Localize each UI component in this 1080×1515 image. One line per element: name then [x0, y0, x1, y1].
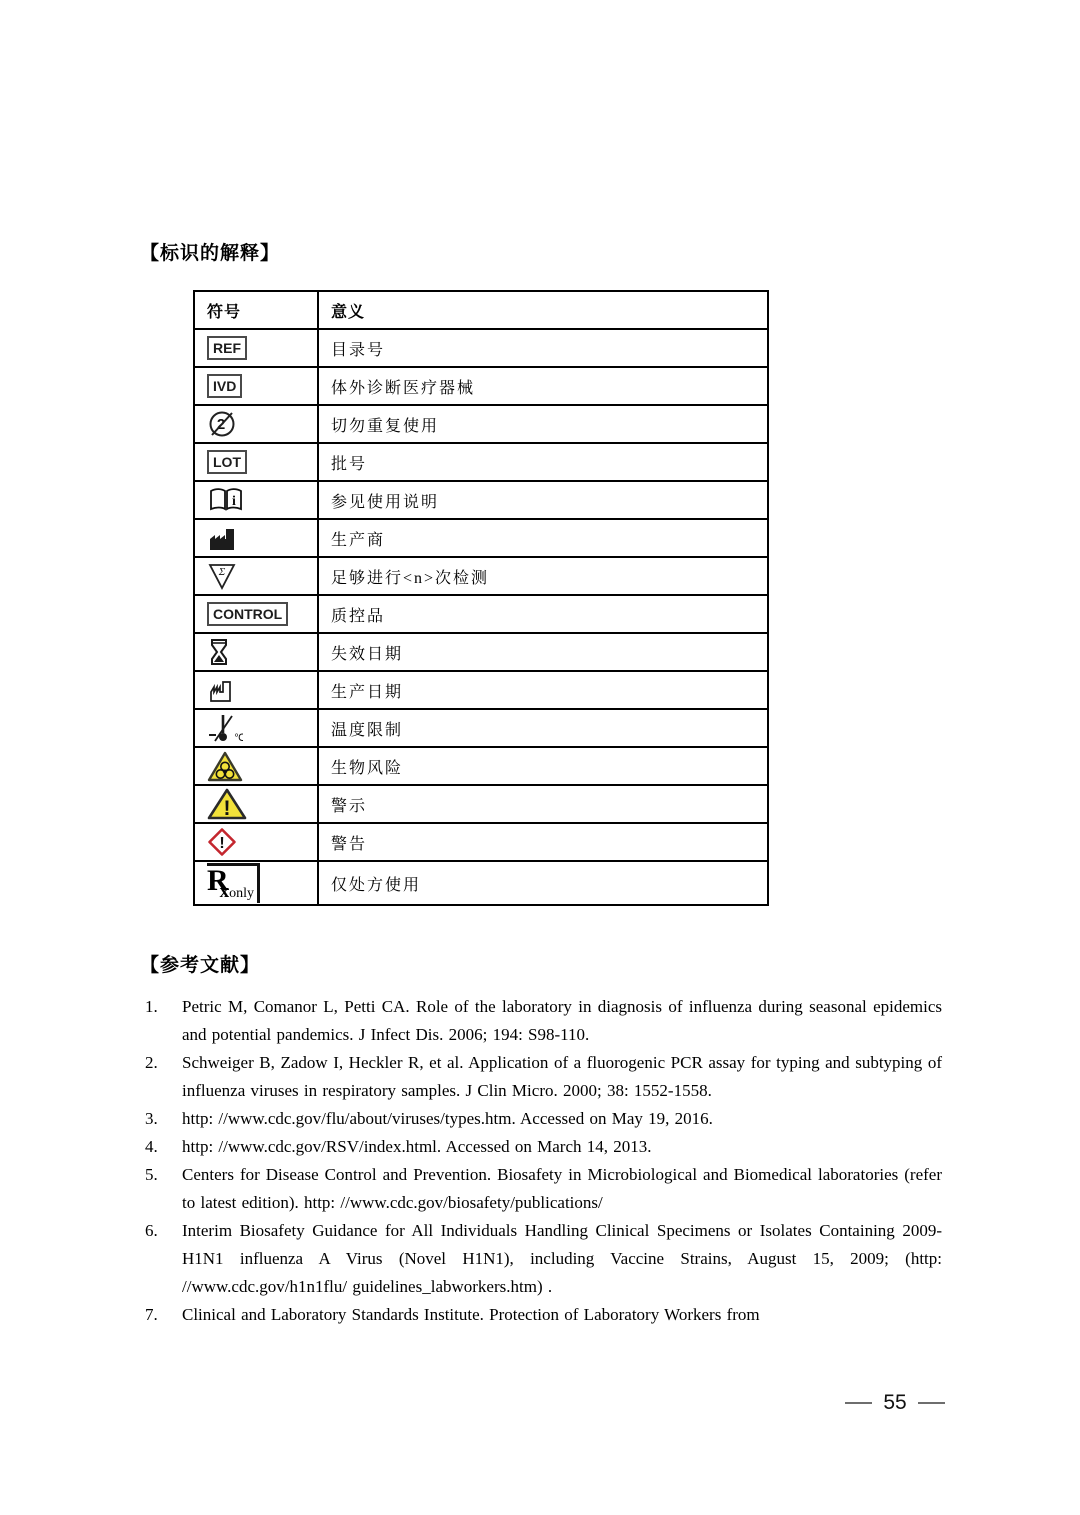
meaning-cell: 质控品: [318, 595, 768, 633]
symbol-cell: IVD: [194, 367, 318, 405]
meaning-column-header: 意义: [318, 291, 768, 329]
symbol-table-row: i 参见使用说明: [194, 481, 768, 519]
symbols-section-title: 【标识的解释】: [140, 238, 280, 265]
meaning-cell: 警告: [318, 823, 768, 861]
svg-text:℃: ℃: [234, 733, 243, 743]
symbol-table-row: 失效日期: [194, 633, 768, 671]
meaning-cell: 生产日期: [318, 671, 768, 709]
svg-text:i: i: [232, 494, 236, 509]
svg-text:!: !: [224, 797, 231, 820]
do-not-reuse-icon: 2: [207, 409, 237, 439]
rx-only-text: only: [229, 886, 254, 901]
reference-item: 5. Centers for Disease Control and Preve…: [145, 1161, 942, 1217]
meaning-cell: 足够进行<n>次检测: [318, 557, 768, 595]
caution-icon: !: [207, 787, 247, 821]
symbol-table-row: 2 切勿重复使用: [194, 405, 768, 443]
reference-number: 5.: [145, 1161, 182, 1217]
symbol-table-row: IVD 体外诊断医疗器械: [194, 367, 768, 405]
symbol-cell: [194, 671, 318, 709]
reference-text: Interim Biosafety Guidance for All Indiv…: [182, 1217, 942, 1301]
references-section-title: 【参考文献】: [140, 950, 260, 977]
reference-item: 3. http: //www.cdc.gov/flu/about/viruses…: [145, 1105, 942, 1133]
symbol-cell: !: [194, 823, 318, 861]
svg-text:!: !: [219, 835, 224, 852]
reference-number: 7.: [145, 1301, 182, 1329]
reference-item: 2. Schweiger B, Zadow I, Heckler R, et a…: [145, 1049, 942, 1105]
reference-item: 7. Clinical and Laboratory Standards Ins…: [145, 1301, 942, 1329]
symbol-cell: [194, 633, 318, 671]
symbol-table-row: ! 警告: [194, 823, 768, 861]
references-list: 1. Petric M, Comanor L, Petti CA. Role o…: [145, 993, 942, 1329]
symbol-table-row: CONTROL 质控品: [194, 595, 768, 633]
reference-text: Clinical and Laboratory Standards Instit…: [182, 1301, 942, 1329]
reference-text: http: //www.cdc.gov/RSV/index.html. Acce…: [182, 1133, 942, 1161]
symbol-cell: ℃: [194, 709, 318, 747]
sufficient-for-n-tests-icon: Σ: [207, 562, 237, 591]
expiry-date-icon: [207, 637, 231, 667]
symbol-table-row: 生产日期: [194, 671, 768, 709]
symbol-cell: [194, 747, 318, 785]
meaning-cell: 参见使用说明: [318, 481, 768, 519]
symbol-cell: i: [194, 481, 318, 519]
symbol-table-row: ℃ 温度限制: [194, 709, 768, 747]
footer-dash-right: [918, 1402, 945, 1404]
meaning-cell: 温度限制: [318, 709, 768, 747]
symbol-cell: [194, 519, 318, 557]
symbols-table: 符号 意义 REF 目录号 IVD 体外诊断医疗器械 2 切勿重复使用 LOT …: [193, 290, 769, 906]
reference-number: 3.: [145, 1105, 182, 1133]
meaning-cell: 目录号: [318, 329, 768, 367]
biohazard-icon: [207, 751, 243, 782]
rx-letter-x: x: [220, 881, 230, 902]
symbol-table-row: 生物风险: [194, 747, 768, 785]
meaning-cell: 失效日期: [318, 633, 768, 671]
ivd-symbol: IVD: [207, 374, 242, 398]
ref-symbol: REF: [207, 336, 247, 360]
symbol-column-header: 符号: [194, 291, 318, 329]
symbols-table-header-row: 符号 意义: [194, 291, 768, 329]
symbol-cell: CONTROL: [194, 595, 318, 633]
meaning-cell: 生物风险: [318, 747, 768, 785]
symbol-table-row: LOT 批号: [194, 443, 768, 481]
symbol-cell: REF: [194, 329, 318, 367]
meaning-cell: 体外诊断医疗器械: [318, 367, 768, 405]
symbol-table-row: REF 目录号: [194, 329, 768, 367]
page-number: 55: [883, 1391, 906, 1415]
reference-number: 4.: [145, 1133, 182, 1161]
reference-text: http: //www.cdc.gov/flu/about/viruses/ty…: [182, 1105, 942, 1133]
symbol-table-row: 生产商: [194, 519, 768, 557]
consult-instructions-icon: i: [207, 486, 245, 514]
symbol-table-row: ! 警示: [194, 785, 768, 823]
control-symbol: CONTROL: [207, 602, 288, 626]
reference-text: Schweiger B, Zadow I, Heckler R, et al. …: [182, 1049, 942, 1105]
reference-number: 6.: [145, 1217, 182, 1301]
svg-text:Σ: Σ: [218, 566, 226, 578]
reference-text: Petric M, Comanor L, Petti CA. Role of t…: [182, 993, 942, 1049]
manufacturer-icon: [207, 525, 239, 552]
symbol-cell: !: [194, 785, 318, 823]
footer-dash-left: [845, 1402, 872, 1404]
warning-icon: !: [207, 827, 237, 857]
meaning-cell: 警示: [318, 785, 768, 823]
reference-text: Centers for Disease Control and Preventi…: [182, 1161, 942, 1217]
reference-item: 6. Interim Biosafety Guidance for All In…: [145, 1217, 942, 1301]
manufacture-date-icon: [207, 677, 239, 703]
symbol-table-row: Rxonly 仅处方使用: [194, 861, 768, 905]
lot-symbol: LOT: [207, 450, 247, 474]
rx-only-icon: Rxonly: [207, 863, 260, 903]
symbol-cell: Σ: [194, 557, 318, 595]
symbol-cell: Rxonly: [194, 861, 318, 905]
meaning-cell: 批号: [318, 443, 768, 481]
meaning-cell: 切勿重复使用: [318, 405, 768, 443]
symbol-cell: 2: [194, 405, 318, 443]
reference-number: 2.: [145, 1049, 182, 1105]
reference-number: 1.: [145, 993, 182, 1049]
symbol-cell: LOT: [194, 443, 318, 481]
meaning-cell: 仅处方使用: [318, 861, 768, 905]
symbol-table-row: Σ 足够进行<n>次检测: [194, 557, 768, 595]
meaning-cell: 生产商: [318, 519, 768, 557]
page-footer: 55: [840, 1390, 950, 1416]
reference-item: 4. http: //www.cdc.gov/RSV/index.html. A…: [145, 1133, 942, 1161]
reference-item: 1. Petric M, Comanor L, Petti CA. Role o…: [145, 993, 942, 1049]
temperature-limit-icon: ℃: [207, 713, 243, 743]
